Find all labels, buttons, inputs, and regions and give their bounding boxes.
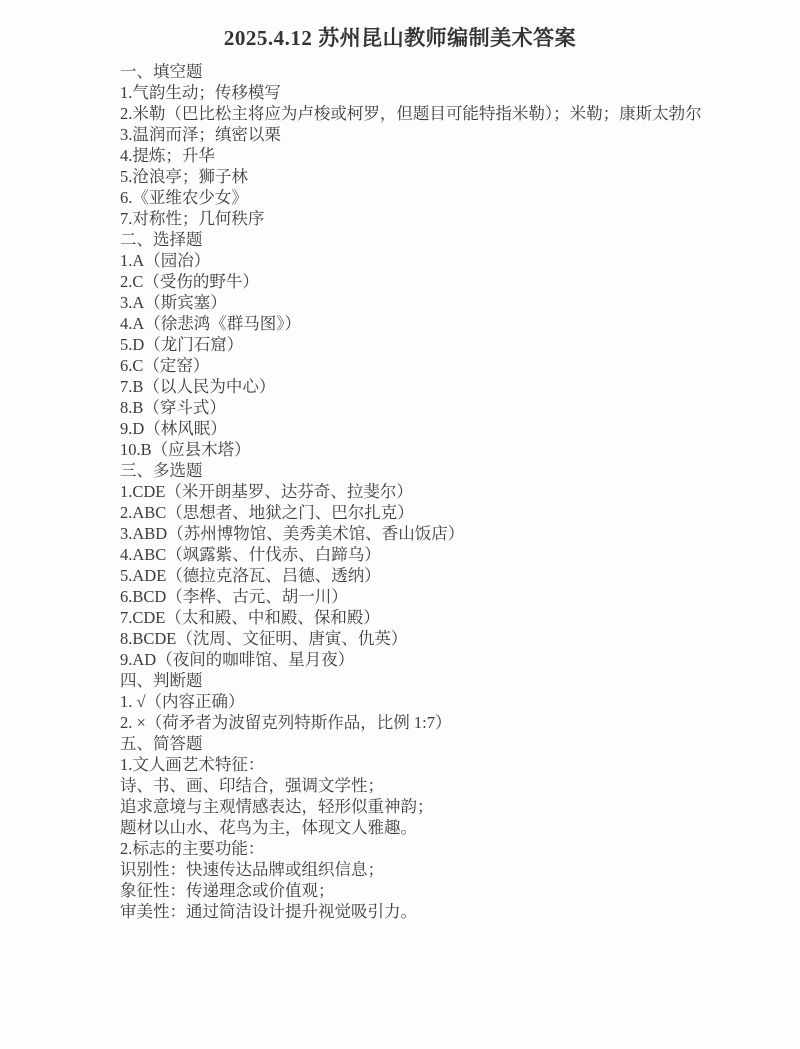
answer-line: 3.A（斯宾塞） — [120, 292, 702, 313]
answer-line: 2.ABC（思想者、地狱之门、巴尔扎克） — [120, 502, 702, 523]
section-heading-single-choice: 二、选择题 — [120, 229, 702, 250]
answer-line: 2. ×（荷矛者为波留克列特斯作品，比例 1:7） — [120, 712, 702, 733]
answer-line: 5.ADE（德拉克洛瓦、吕德、透纳） — [120, 565, 702, 586]
answer-line: 4.A（徐悲鸿《群马图》） — [120, 313, 702, 334]
document-body: 一、填空题1.气韵生动；传移模写2.米勒（巴比松主将应为卢梭或柯罗，但题目可能特… — [120, 61, 702, 922]
answer-line: 审美性：通过简洁设计提升视觉吸引力。 — [120, 901, 702, 922]
answer-line: 1.A（园冶） — [120, 250, 702, 271]
answer-line: 题材以山水、花鸟为主，体现文人雅趣。 — [120, 817, 702, 838]
answer-line: 2.标志的主要功能： — [120, 838, 702, 859]
answer-line: 8.B（穿斗式） — [120, 397, 702, 418]
answer-line: 9.AD（夜间的咖啡馆、星月夜） — [120, 649, 702, 670]
answer-line: 9.D（林风眠） — [120, 418, 702, 439]
answer-line: 6.BCD（李桦、古元、胡一川） — [120, 586, 702, 607]
answer-line: 6.C（定窑） — [120, 355, 702, 376]
document-title: 2025.4.12 苏州昆山教师编制美术答案 — [0, 0, 800, 51]
answer-line: 5.D（龙门石窟） — [120, 334, 702, 355]
answer-line: 识别性：快速传达品牌或组织信息； — [120, 859, 702, 880]
answer-line: 5.沧浪亭；狮子林 — [120, 166, 702, 187]
answer-line: 2.C（受伤的野牛） — [120, 271, 702, 292]
answer-line: 1.文人画艺术特征： — [120, 754, 702, 775]
document-page: 2025.4.12 苏州昆山教师编制美术答案 一、填空题1.气韵生动；传移模写2… — [0, 0, 800, 1049]
answer-line: 8.BCDE（沈周、文征明、唐寅、仇英） — [120, 628, 702, 649]
answer-line: 3.ABD（苏州博物馆、美秀美术馆、香山饭店） — [120, 523, 702, 544]
answer-line: 追求意境与主观情感表达，轻形似重神韵； — [120, 796, 702, 817]
answer-line: 7.B（以人民为中心） — [120, 376, 702, 397]
answer-line: 象征性：传递理念或价值观； — [120, 880, 702, 901]
answer-line: 2.米勒（巴比松主将应为卢梭或柯罗，但题目可能特指米勒）；米勒；康斯太勃尔 — [120, 103, 702, 124]
answer-line: 1. √（内容正确） — [120, 691, 702, 712]
answer-line: 4.提炼；升华 — [120, 145, 702, 166]
answer-line: 1.CDE（米开朗基罗、达芬奇、拉斐尔） — [120, 481, 702, 502]
answer-line: 7.CDE（太和殿、中和殿、保和殿） — [120, 607, 702, 628]
answer-line: 3.温润而泽；缜密以栗 — [120, 124, 702, 145]
answer-line: 4.ABC（飒露紫、什伐赤、白蹄乌） — [120, 544, 702, 565]
section-heading-multiple-choice: 三、多选题 — [120, 460, 702, 481]
answer-line: 1.气韵生动；传移模写 — [120, 82, 702, 103]
section-heading-true-false: 四、判断题 — [120, 670, 702, 691]
section-heading-short-answer: 五、简答题 — [120, 733, 702, 754]
answer-line: 诗、书、画、印结合，强调文学性； — [120, 775, 702, 796]
answer-line: 7.对称性；几何秩序 — [120, 208, 702, 229]
answer-line: 10.B（应县木塔） — [120, 439, 702, 460]
answer-line: 6.《亚维农少女》 — [120, 187, 702, 208]
section-heading-fill-in-the-blank: 一、填空题 — [120, 61, 702, 82]
